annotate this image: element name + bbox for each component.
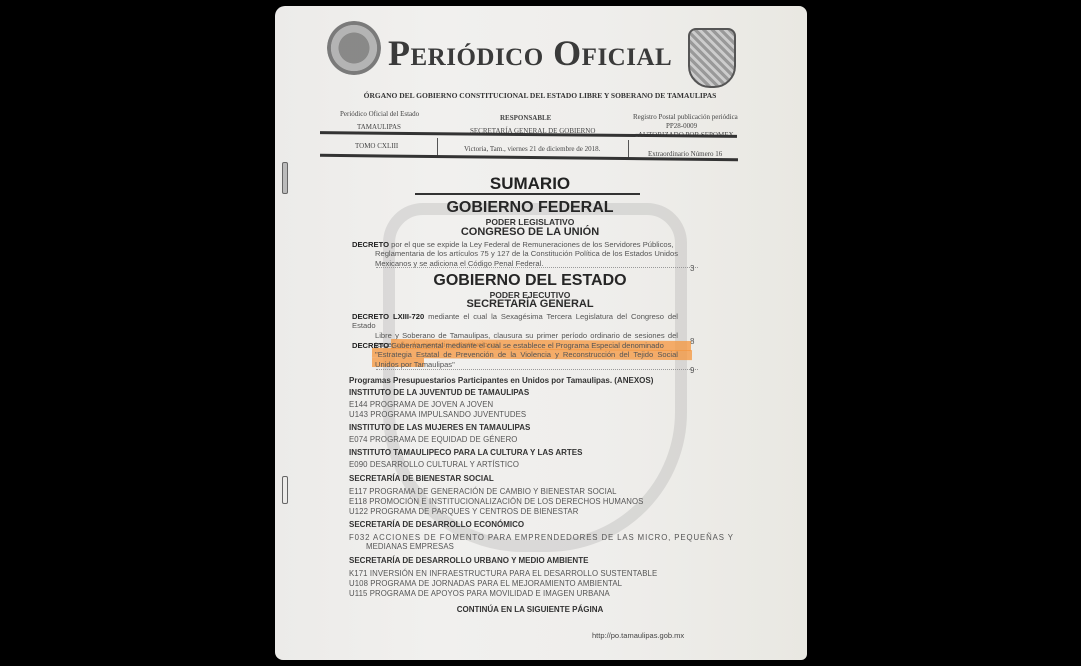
masthead-title: Periódico Oficial [388, 32, 672, 74]
program-item-cont: MEDIANAS EMPRESAS [366, 542, 454, 551]
organo-line: ÓRGANO DEL GOBIERNO CONSTITUCIONAL DEL E… [330, 91, 750, 100]
sumario-title: SUMARIO [340, 174, 720, 194]
divider [437, 138, 438, 156]
program-item: U108 PROGRAMA DE JORNADAS PARA EL MEJORA… [349, 579, 622, 588]
continued-note: CONTINÚA EN LA SIGUIENTE PÁGINA [340, 605, 720, 614]
left-value: TAMAULIPAS [357, 123, 401, 131]
program-item: U115 PROGRAMA DE APOYOS PARA MOVILIDAD E… [349, 589, 610, 598]
divider [628, 140, 629, 158]
entry-label: DECRETO [352, 341, 389, 350]
program-item: U122 PROGRAMA DE PARQUES Y CENTROS DE BI… [349, 507, 578, 516]
issue-date: Victoria, Tam., viernes 21 de diciembre … [464, 145, 600, 153]
program-item: E144 PROGRAMA DE JOVEN A JOVEN [349, 400, 493, 409]
left-label: Periódico Oficial del Estado [340, 110, 419, 118]
federal-organo: CONGRESO DE LA UNIÓN [340, 226, 720, 238]
group-heading: INSTITUTO TAMAULIPECO PARA LA CULTURA Y … [349, 448, 582, 457]
group-heading: SECRETARÍA DE DESARROLLO URBANO Y MEDIO … [349, 556, 588, 565]
tomo: TOMO CXLIII [355, 142, 398, 150]
mexico-coat-of-arms-icon [327, 21, 381, 75]
program-item: F032 ACCIONES DE FOMENTO PARA EMPRENDEDO… [349, 533, 734, 542]
sumario-entry[interactable]: DECRETO por el que se expide la Ley Fede… [352, 240, 678, 268]
tamaulipas-coat-of-arms-icon [688, 28, 736, 88]
program-item: U143 PROGRAMA IMPULSANDO JUVENTUDES [349, 410, 526, 419]
program-item: E117 PROGRAMA DE GENERACIÓN DE CAMBIO Y … [349, 487, 617, 496]
group-heading: SECRETARÍA DE BIENESTAR SOCIAL [349, 474, 494, 483]
programas-title: Programas Presupuestarios Participantes … [349, 376, 653, 385]
leader-line [376, 369, 698, 370]
registro-line2: PP28-0009 [666, 122, 697, 130]
entry-label: DECRETO LXIII-720 [352, 312, 424, 321]
estado-organo: SECRETARÍA GENERAL [340, 298, 720, 310]
program-item: E090 DESARROLLO CULTURAL Y ARTÍSTICO [349, 460, 519, 469]
entry-label: DECRETO [352, 240, 389, 249]
staple-icon [282, 476, 288, 504]
page-number: 9 [690, 366, 694, 375]
program-item: E074 PROGRAMA DE EQUIDAD DE GÉNERO [349, 435, 517, 444]
federal-heading: GOBIERNO FEDERAL [340, 199, 720, 217]
estado-heading: GOBIERNO DEL ESTADO [340, 272, 720, 290]
staple-icon [282, 162, 288, 194]
program-item: K171 INVERSIÓN EN INFRAESTRUCTURA PARA E… [349, 569, 657, 578]
program-item: E118 PROMOCIÓN E INSTITUCIONALIZACIÓN DE… [349, 497, 644, 506]
website-url[interactable]: http://po.tamaulipas.gob.mx [592, 631, 684, 640]
registro-line1: Registro Postal publicación periódica [633, 113, 738, 121]
group-heading: INSTITUTO DE LA JUVENTUD DE TAMAULIPAS [349, 388, 529, 397]
group-heading: SECRETARÍA DE DESARROLLO ECONÓMICO [349, 520, 524, 529]
center-label: RESPONSABLE [500, 114, 551, 122]
group-heading: INSTITUTO DE LAS MUJERES EN TAMAULIPAS [349, 423, 530, 432]
sumario-rule [415, 193, 640, 195]
sumario-entry-highlighted[interactable]: DECRETO Gubernamental mediante el cual s… [352, 341, 678, 369]
leader-line [376, 267, 698, 268]
